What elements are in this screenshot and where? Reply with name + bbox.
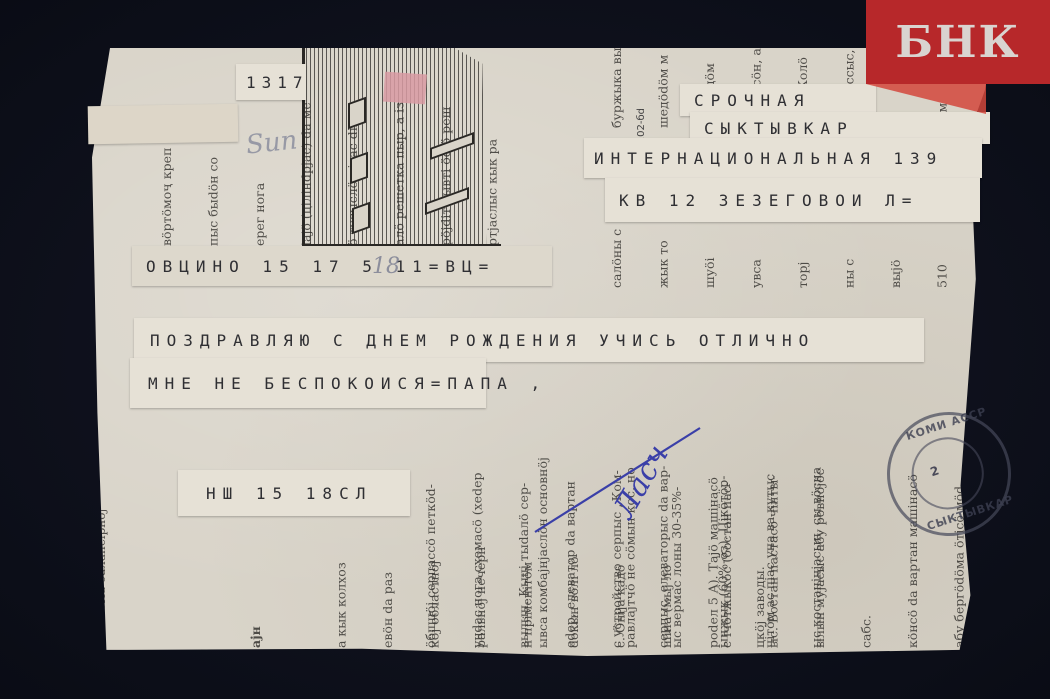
news-line: вöртöмоҷ креп <box>159 54 175 246</box>
news-heading: ajн <box>248 398 264 648</box>
destination-city: СЫКТЫВКАР <box>704 119 854 138</box>
address-street: ИНТЕРНАЦИОНАЛЬНАЯ 139 <box>594 149 943 168</box>
news-line: öбщцöj серпассö петкöd- <box>423 400 439 648</box>
origin-line: ОВЦИНО 15 17 5 11=ВЦ= <box>146 257 495 276</box>
tape-message-line-1: ПОЗДРАВЛЯЮ С ДНЕМ РОЖДЕНИЯ УЧИСЬ ОТЛИЧНО <box>134 318 924 362</box>
news-line: уңdас нога схемасö (xedep <box>470 400 486 648</box>
news-line: буржыка выл <box>609 48 625 128</box>
tape-side-stub <box>88 104 239 145</box>
news-line: пыс быdöн со <box>206 54 222 246</box>
blue-ink-stroke <box>530 420 710 540</box>
message-line-2: МНЕ НЕ БЕСПОКОИСЯ=ПАПА , <box>148 374 547 393</box>
news-line: ылын мујасыс абу рöвнöјöс <box>812 400 828 648</box>
tape-origin: ОВЦИНО 15 17 5 11=ВЦ= <box>132 246 552 286</box>
bnk-logo-text: БНК <box>895 17 1020 68</box>
news-line: с iчöтжыкöс (бостан пас- <box>719 400 735 648</box>
news-line: ыс. Бостан пастасö чiнты- <box>766 400 782 648</box>
news-line: а кык колхоз <box>334 398 350 648</box>
tape-street: ИНТЕРНАЦИОНАЛЬНАЯ 139 <box>584 138 982 178</box>
news-line: шедödöм м <box>656 48 672 128</box>
origin-handwritten-correction: 18 <box>372 254 400 279</box>
address-recipient: КВ 12 ЗЕЗЕГОВОИ Л= <box>619 191 918 210</box>
serial-number: 1317 <box>246 73 309 92</box>
delivery-line: НШ 15 18СЛ <box>206 484 372 503</box>
tape-delivery: НШ 15 18СЛ <box>178 470 410 516</box>
news-line: сабс. <box>859 400 875 648</box>
message-line-1: ПОЗДРАВЛЯЮ С ДНЕМ РОЖДЕНИЯ УЧИСЬ ОТЛИЧНО <box>150 331 815 350</box>
tape-recipient: КВ 12 ЗЕЗЕГОВОИ Л= <box>605 178 980 222</box>
pink-stain <box>383 72 427 105</box>
bnk-logo: БНК <box>866 0 1050 84</box>
pencil-note: Sun <box>245 125 299 160</box>
tape-message-line-2: МНЕ НЕ БЕСПОКОИСЯ=ПАПА , <box>130 358 486 408</box>
service-mark: СРОЧНАЯ <box>694 91 810 110</box>
tape-serial-number: 1317 <box>236 64 306 100</box>
